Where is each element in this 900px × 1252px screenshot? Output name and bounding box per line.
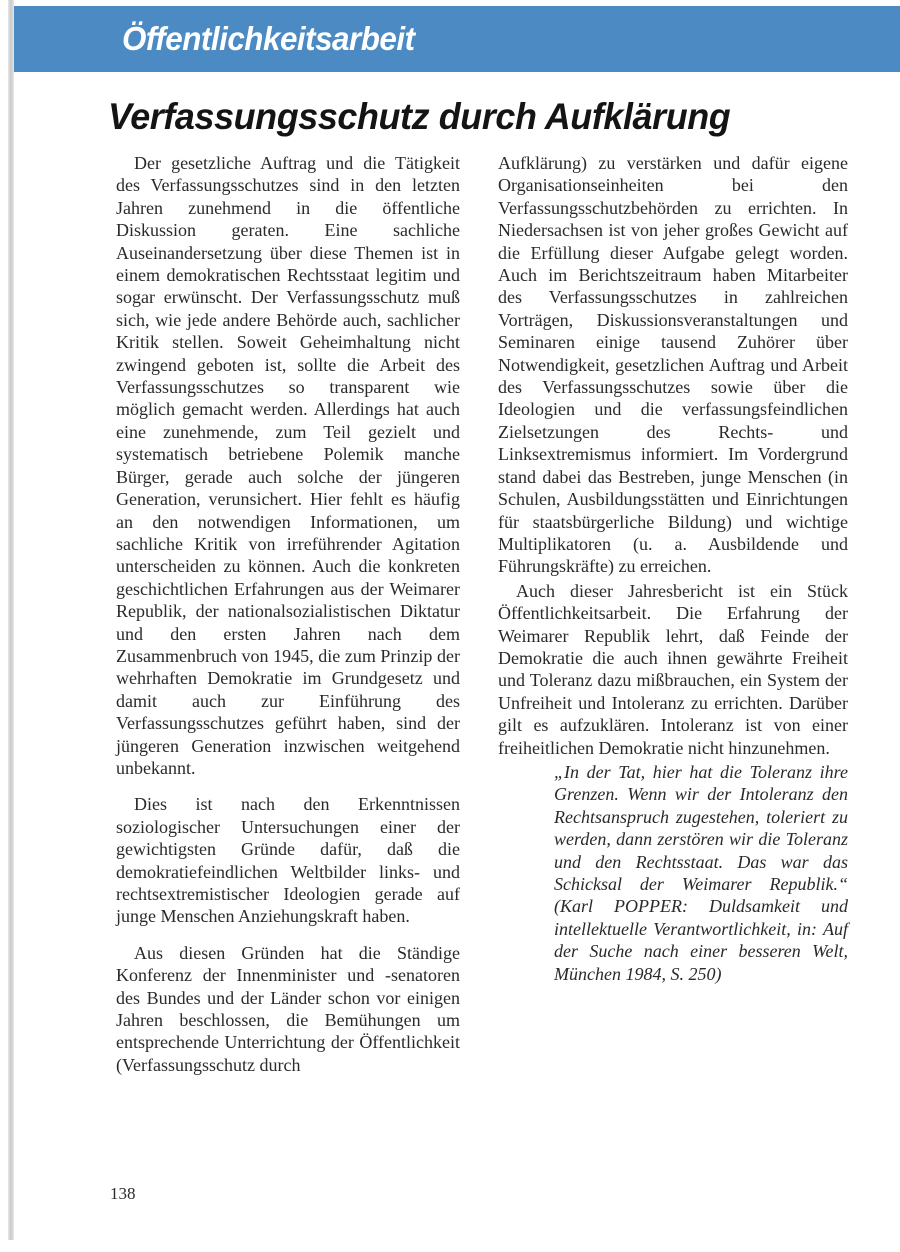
paragraph: Auch dieser Jahresbericht ist ein Stück … [498,580,848,759]
page-headline: Verfassungsschutz durch Aufklärung [108,96,730,138]
paragraph-continued: Aufklärung) zu verstärken und dafür eige… [498,152,848,578]
left-column: Der gesetzliche Auftrag und die Tätigkei… [116,152,460,1090]
section-banner: Öffentlichkeitsarbeit [14,6,900,72]
block-quote: „In der Tat, hier hat die Toleranz ihre … [554,761,848,985]
page-binding-edge [8,0,14,1240]
right-column: Aufklärung) zu verstärken und dafür eige… [498,152,848,985]
page-number: 138 [110,1184,136,1204]
paragraph: Aus diesen Gründen hat die Ständige Konf… [116,942,460,1076]
section-title: Öffentlichkeitsarbeit [122,20,415,58]
paragraph: Dies ist nach den Erkenntnissen soziolog… [116,793,460,927]
paragraph: Der gesetzliche Auftrag und die Tätigkei… [116,152,460,779]
